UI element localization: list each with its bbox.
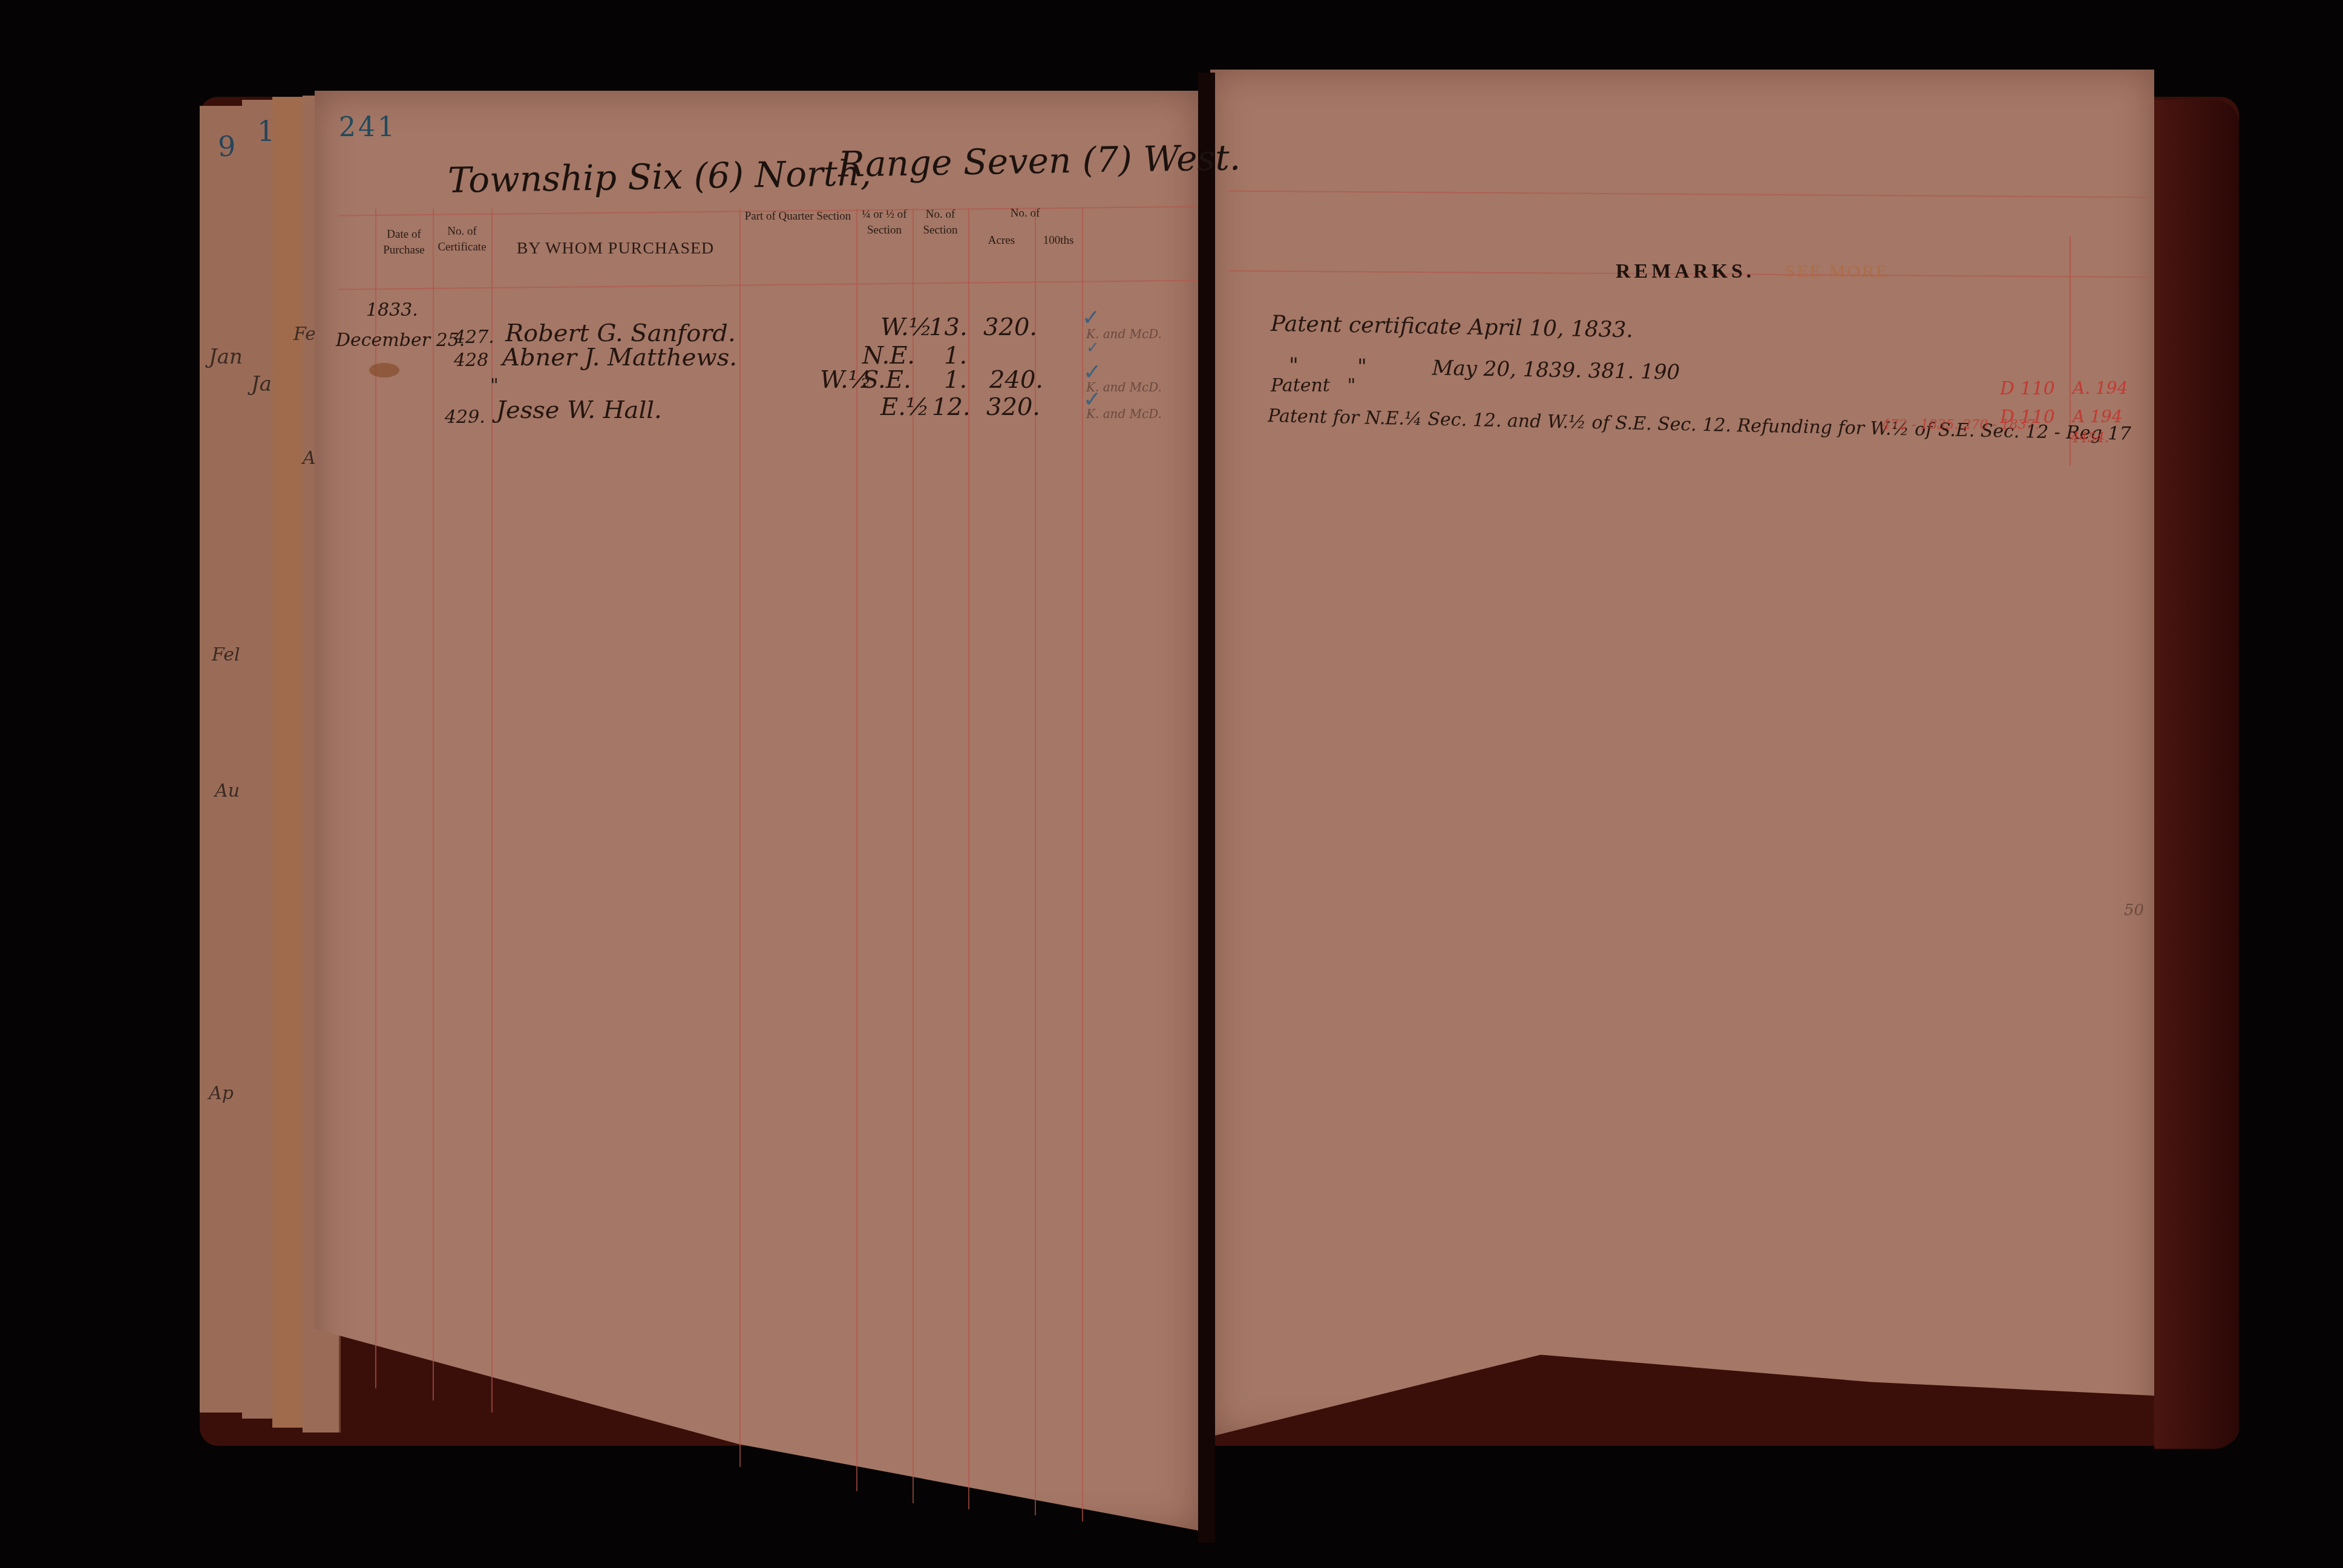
- red-ref-code: D 110: [2000, 378, 2055, 399]
- entry-section: 13.: [929, 313, 968, 341]
- entry-certificate: 428: [454, 350, 488, 371]
- entry-purchaser: Abner J. Matthews.: [502, 344, 737, 371]
- column-rule: [375, 209, 376, 1388]
- header-date-of-purchase: Date of Purchase: [375, 227, 433, 258]
- header-part-of-quarter-section: Part of Quarter Section: [739, 209, 856, 224]
- book-gutter: [1198, 73, 1215, 1543]
- header-quarter-or-half: ¼ or ½ of Section: [856, 207, 913, 238]
- entry-acres: 320.: [986, 393, 1040, 421]
- entry-note: K. and McD.: [1086, 407, 1162, 421]
- page-number: 241: [339, 112, 397, 143]
- red-side-code: A. 194: [2073, 378, 2128, 398]
- remarks-stamp: SEE MORE: [1785, 261, 1889, 282]
- red-side-code: 4454.: [2071, 431, 2109, 446]
- entry-section: 12.: [932, 393, 971, 421]
- township-title: Township Six (6) North,: [447, 152, 871, 201]
- range-title: Range Seven (7) West.: [837, 137, 1240, 185]
- red-side-code: A 194: [2073, 407, 2123, 426]
- margin-note: Jan: [209, 345, 243, 369]
- red-ref-code: D 110: [2000, 407, 2055, 428]
- entry-certificate: 429.: [445, 407, 485, 428]
- margin-note: Au: [215, 780, 240, 802]
- margin-note: Ap: [209, 1083, 234, 1104]
- margin-note: Fel: [212, 644, 240, 665]
- column-rule: [856, 209, 857, 1491]
- book-cover-edge: [2154, 100, 2239, 1449]
- header-by-whom-purchased: BY WHOM PURCHASED: [491, 237, 739, 260]
- entry-year: 1833.: [366, 299, 418, 321]
- ink-stain: [369, 363, 399, 377]
- column-rule: [739, 209, 741, 1467]
- header-text: Part of Quarter Section: [745, 210, 851, 223]
- header-text: Acres: [988, 234, 1015, 247]
- entry-purchaser: Jesse W. Hall.: [496, 396, 662, 424]
- header-text: BY WHOM PURCHASED: [517, 239, 715, 258]
- header-text: ¼ or ½ of Section: [862, 208, 906, 237]
- entry-date-ditto: ": [490, 375, 499, 396]
- header-section-no: No. of Section: [913, 207, 968, 238]
- remark-line: Patent ": [1271, 375, 1355, 396]
- header-text: Date of Purchase: [383, 228, 425, 256]
- header-text: No. of Certificate: [437, 225, 486, 253]
- entry-date: December 25.: [336, 330, 465, 351]
- stack-tab-number[interactable]: 9: [218, 130, 235, 163]
- entry-fraction: E.½: [880, 393, 929, 421]
- check-mark-icon: ✓: [1086, 339, 1099, 357]
- entry-acres: 320.: [983, 313, 1037, 341]
- entry-certificate: 427.: [454, 327, 494, 348]
- edge-mark: 50: [2124, 901, 2144, 920]
- header-certificate-no: No. of Certificate: [433, 224, 491, 255]
- header-no-of: No. of: [968, 206, 1082, 221]
- header-acres: Acres: [968, 233, 1035, 249]
- header-hundredths: 100ths: [1035, 233, 1082, 249]
- header-text: No. of Section: [923, 208, 958, 237]
- stack-tab-number[interactable]: 1: [257, 115, 275, 148]
- remarks-header: REMARKS.: [1616, 260, 1755, 283]
- entry-fraction: S.E.: [862, 366, 911, 394]
- entry-section: 1.: [944, 366, 967, 394]
- header-text: No. of: [1011, 207, 1040, 220]
- entry-acres: 240.: [989, 366, 1043, 394]
- left-page: [315, 91, 1198, 1530]
- column-rule: [433, 209, 434, 1400]
- margin-note: Ja: [251, 372, 272, 396]
- header-text: 100ths: [1043, 234, 1074, 247]
- entry-fraction: W.½: [880, 313, 932, 341]
